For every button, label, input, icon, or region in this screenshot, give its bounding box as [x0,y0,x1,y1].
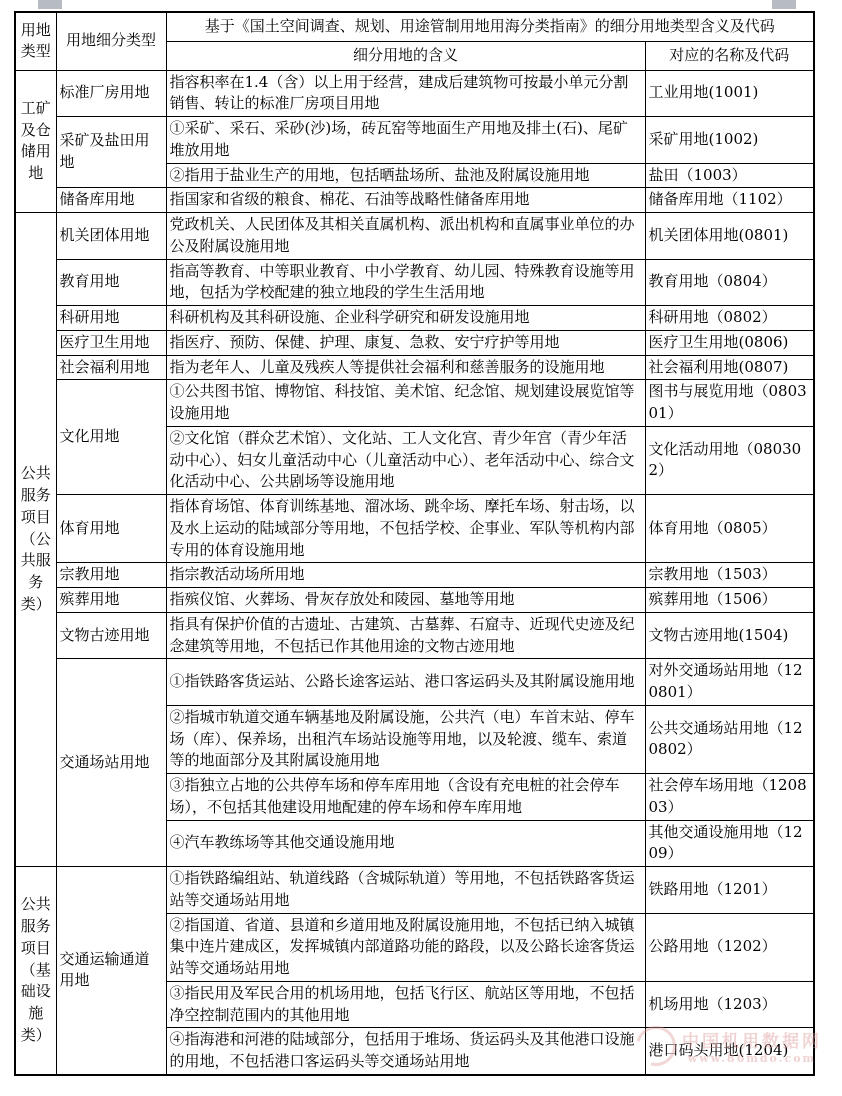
meaning-cell: ③指民用及军民合用的机场用地，包括飞行区、航站区等用地，不包括净空控制范围内的其… [166,981,645,1028]
table-row: 文化用地 ①公共图书馆、博物馆、科技馆、美术馆、纪念馆、规划建设展览馆等设施用地… [15,380,814,427]
name-code-cell: 宗教用地（1503） [645,563,814,588]
table-row: 储备库用地 指国家和省级的粮食、棉花、石油等战略性储备库用地 储备库用地（110… [15,188,814,213]
meaning-cell: 指殡仪馆、火葬场、骨灰存放处和陵园、墓地等用地 [166,588,645,613]
land-subtype-cell: 科研用地 [56,306,166,331]
name-code-cell: 盐田（1003） [645,163,814,188]
name-code-cell: 公共交通场站用地（120802） [645,705,814,773]
meaning-cell: 指国家和省级的粮食、棉花、石油等战略性储备库用地 [166,188,645,213]
name-code-cell: 文化活动用地（080302） [645,426,814,494]
land-subtype-cell: 交通运输通道用地 [56,867,166,1075]
land-subtype-cell: 宗教用地 [56,563,166,588]
name-code-cell: 工业用地(1001) [645,70,814,117]
meaning-cell: 党政机关、人民团体及其相关直属机构、派出机构和直属事业单位的办公及附属设施用地 [166,213,645,260]
name-code-cell: 殡葬用地（1506） [645,588,814,613]
table-row: 宗教用地 指宗教活动场所用地 宗教用地（1503） [15,563,814,588]
land-type-group-cell: 公共服务项目（基础设施类） [15,867,56,1075]
name-code-cell: 铁路用地（1201） [645,867,814,914]
meaning-cell: ①指铁路编组站、轨道线路（含城际轨道）等用地，不包括铁路客货运站等交通场站用地 [166,867,645,914]
meaning-cell: ②指城市轨道交通车辆基地及附属设施，公共汽（电）车首末站、停车场（库）、保养场，… [166,705,645,773]
table-row: 公共服务项目（基础设施类） 交通运输通道用地 ①指铁路编组站、轨道线路（含城际轨… [15,867,814,914]
land-subtype-cell: 殡葬用地 [56,588,166,613]
meaning-cell: 科研机构及其科研设施、企业科学研究和研发设施用地 [166,306,645,331]
table-row: 科研用地 科研机构及其科研设施、企业科学研究和研发设施用地 科研用地（0802） [15,306,814,331]
table-row: 采矿及盐田用地 ①采矿、采石、采砂(沙)场，砖瓦窑等地面生产用地及排土(石)、尾… [15,117,814,164]
header-meaning: 细分用地的含义 [166,41,645,70]
meaning-cell: 指宗教活动场所用地 [166,563,645,588]
meaning-cell: 指容积率在1.4（含）以上用于经营，建成后建筑物可按最小单元分割销售、转让的标准… [166,70,645,117]
land-subtype-cell: 采矿及盐田用地 [56,117,166,188]
meaning-cell: ②指用于盐业生产的用地，包括晒盐场所、盐池及附属设施用地 [166,163,645,188]
meaning-cell: 指医疗、预防、保健、护理、康复、急救、安宁疗护等用地 [166,330,645,355]
header-row-1: 用地类型 用地细分类型 基于《国土空间调查、规划、用途管制用地用海分类指南》的细… [15,12,814,41]
land-type-group-cell: 公共服务项目（公共服务类） [15,213,56,867]
name-code-cell: 其他交通设施用地（1209） [645,820,814,867]
land-use-table: 用地类型 用地细分类型 基于《国土空间调查、规划、用途管制用地用海分类指南》的细… [14,11,815,1076]
table-row: 体育用地 指体育场馆、体育训练基地、溜冰场、跳伞场、摩托车场、射击场，以及水上运… [15,495,814,563]
meaning-cell: ④指海港和河港的陆域部分，包括用于堆场、货运码头及其他港口设施的用地，不包括港口… [166,1028,645,1075]
land-type-group-cell: 工矿及仓储用地 [15,70,56,213]
land-subtype-cell: 储备库用地 [56,188,166,213]
name-code-cell: 医疗卫生用地(0806) [645,330,814,355]
name-code-cell: 港口码头用地(1204) [645,1028,814,1075]
name-code-cell: 社会停车场用地（120803） [645,774,814,821]
meaning-cell: ④汽车教练场等其他交通设施用地 [166,820,645,867]
meaning-cell: ①指铁路客货运站、公路长途客运站、港口客运码头及其附属设施用地 [166,659,645,706]
land-subtype-cell: 社会福利用地 [56,355,166,380]
land-subtype-cell: 医疗卫生用地 [56,330,166,355]
table-row: 医疗卫生用地 指医疗、预防、保健、护理、康复、急救、安宁疗护等用地 医疗卫生用地… [15,330,814,355]
name-code-cell: 机场用地（1203） [645,981,814,1028]
name-code-cell: 对外交通场站用地（120801） [645,659,814,706]
meaning-cell: ③指独立占地的公共停车场和停车库用地（含设有充电桩的社会停车场），不包括其他建设… [166,774,645,821]
name-code-cell: 社会福利用地(0807) [645,355,814,380]
table-row: 公共服务项目（公共服务类） 机关团体用地 党政机关、人民团体及其相关直属机构、派… [15,213,814,260]
header-land-subtype: 用地细分类型 [56,12,166,70]
land-subtype-cell: 机关团体用地 [56,213,166,260]
meaning-cell: ①公共图书馆、博物馆、科技馆、美术馆、纪念馆、规划建设展览馆等设施用地 [166,380,645,427]
table-row: 教育用地 指高等教育、中等职业教育、中小学教育、幼儿园、特殊教育设施等用地，包括… [15,259,814,306]
header-land-type: 用地类型 [15,12,56,70]
table-row: 交通场站用地 ①指铁路客货运站、公路长途客运站、港口客运码头及其附属设施用地 对… [15,659,814,706]
land-subtype-cell: 交通场站用地 [56,659,166,867]
meaning-cell: ①采矿、采石、采砂(沙)场，砖瓦窑等地面生产用地及排土(石)、尾矿堆放用地 [166,117,645,164]
table-row: 社会福利用地 指为老年人、儿童及残疾人等提供社会福利和慈善服务的设施用地 社会福… [15,355,814,380]
name-code-cell: 文物古迹用地(1504) [645,612,814,659]
name-code-cell: 体育用地（0805） [645,495,814,563]
page-margin-marker-right [772,0,796,9]
land-subtype-cell: 体育用地 [56,495,166,563]
meaning-cell: ②指国道、省道、县道和乡道用地及附属设施用地，不包括已纳入城镇集中连片建成区，发… [166,913,645,981]
table-row: 殡葬用地 指殡仪馆、火葬场、骨灰存放处和陵园、墓地等用地 殡葬用地（1506） [15,588,814,613]
table-row: 工矿及仓储用地 标准厂房用地 指容积率在1.4（含）以上用于经营，建成后建筑物可… [15,70,814,117]
header-name-code: 对应的名称及代码 [645,41,814,70]
name-code-cell: 公路用地（1202） [645,913,814,981]
land-subtype-cell: 标准厂房用地 [56,70,166,117]
name-code-cell: 教育用地（0804） [645,259,814,306]
meaning-cell: ②文化馆（群众艺术馆）、文化站、工人文化宫、青少年宫（青少年活动中心）、妇女儿童… [166,426,645,494]
land-subtype-cell: 文物古迹用地 [56,612,166,659]
name-code-cell: 采矿用地(1002) [645,117,814,164]
header-guide-title: 基于《国土空间调查、规划、用途管制用地用海分类指南》的细分用地类型含义及代码 [166,12,814,41]
meaning-cell: 指具有保护价值的古遗址、古建筑、古墓葬、石窟寺、近现代史迹及纪念建筑等用地，不包… [166,612,645,659]
meaning-cell: 指为老年人、儿童及残疾人等提供社会福利和慈善服务的设施用地 [166,355,645,380]
land-subtype-cell: 教育用地 [56,259,166,306]
name-code-cell: 图书与展览用地（080301） [645,380,814,427]
land-subtype-cell: 文化用地 [56,380,166,495]
table-row: 文物古迹用地 指具有保护价值的古遗址、古建筑、古墓葬、石窟寺、近现代史迹及纪念建… [15,612,814,659]
name-code-cell: 机关团体用地(0801) [645,213,814,260]
meaning-cell: 指体育场馆、体育训练基地、溜冰场、跳伞场、摩托车场、射击场，以及水上运动的陆域部… [166,495,645,563]
name-code-cell: 科研用地（0802） [645,306,814,331]
page-margin-marker-left [38,0,62,9]
name-code-cell: 储备库用地（1102） [645,188,814,213]
meaning-cell: 指高等教育、中等职业教育、中小学教育、幼儿园、特殊教育设施等用地，包括为学校配建… [166,259,645,306]
